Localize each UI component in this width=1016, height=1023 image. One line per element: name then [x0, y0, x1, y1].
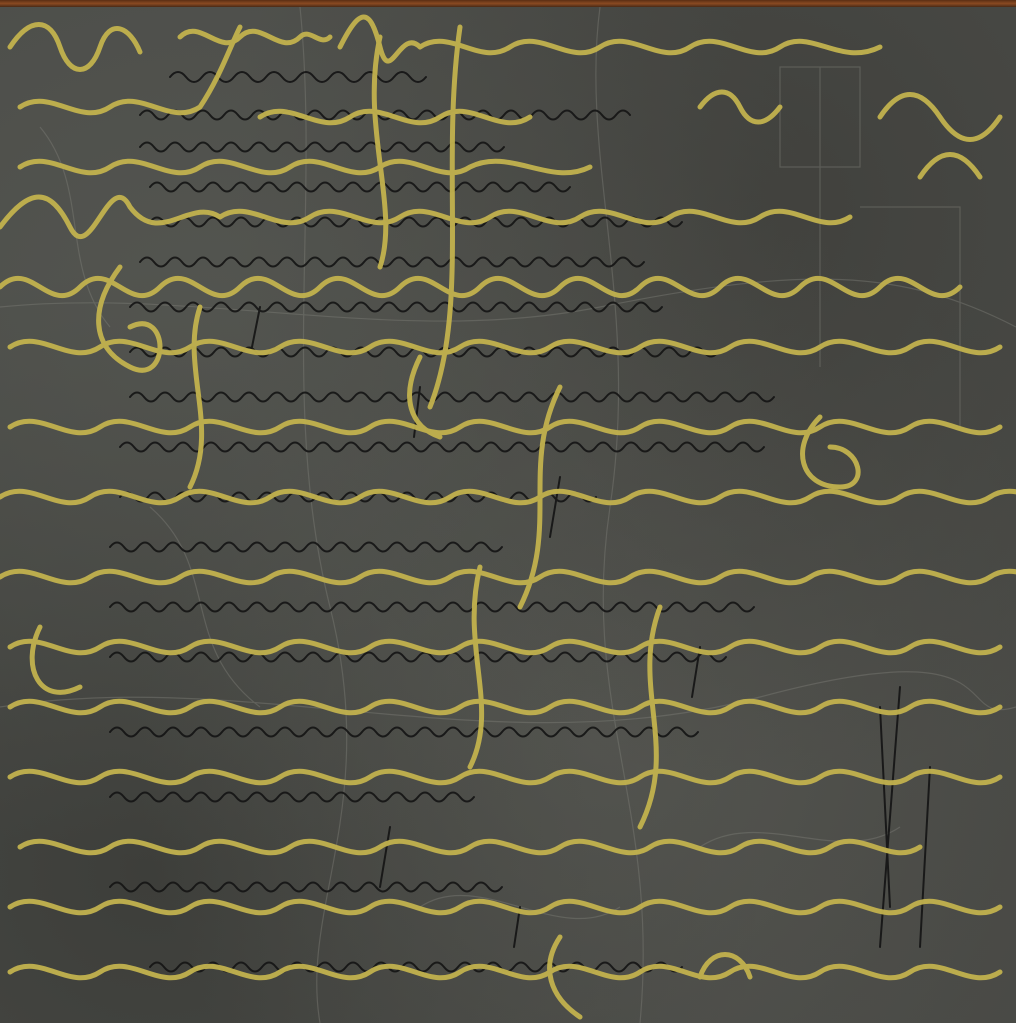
- gold-calligraphy-script: [0, 7, 1016, 1023]
- wooden-frame-edge: [0, 0, 1016, 7]
- calligraphy-artwork: [0, 0, 1016, 1023]
- canvas-background: [0, 7, 1016, 1023]
